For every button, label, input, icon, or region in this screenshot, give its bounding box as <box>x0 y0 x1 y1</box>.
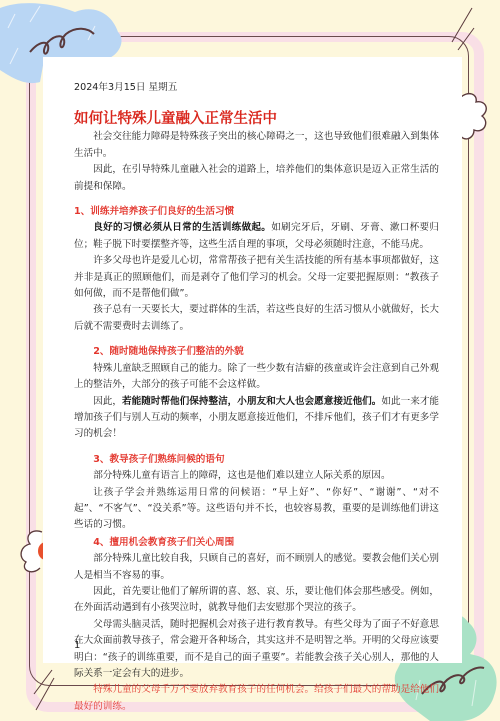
document-date: 2024年3月15日 星期五 <box>74 80 439 96</box>
section-heading: 4、擅用机会教育孩子们关心周围 <box>74 535 439 551</box>
intro-paragraph: 社会交往能力障碍是特殊孩子突出的核心障碍之一，这也导致他们很难融入到集体生活中。 <box>74 129 439 162</box>
page-number: 1 <box>74 640 80 651</box>
section-paragraph: 良好的习惯必须从日常的生活训练做起。如刷完牙后，牙刷、牙膏、漱口杯要归位；鞋子脱… <box>74 220 439 253</box>
section-paragraph: 特殊儿童缺乏照顾自己的能力。除了一些少数有洁癖的孩童或许会注意到自己外观上的整洁… <box>74 361 439 394</box>
tick-marks-top-right <box>448 6 478 52</box>
document-title: 如何让特殊儿童融入正常生活中 <box>74 109 439 129</box>
section-paragraph: 部分特殊儿童有语言上的障碍，这也是他们难以建立人际关系的原因。 <box>74 468 439 484</box>
section-heading: 1、训练并培养孩子们良好的生活习惯 <box>74 204 439 220</box>
section-paragraph: 因此，若能随时帮他们保持整洁，小朋友和大人也会愿意接近他们。如此一来才能增加孩子… <box>74 394 439 443</box>
section-paragraph: 因此，首先要让他们了解所谓的喜、怒、哀、乐，要让他们体会那些感受。例如，在外面活… <box>74 584 439 617</box>
closing-paragraph: 特殊儿童的父母千万不要放弃教育孩子的任何机会。给孩子们最大的帮助是给他们最好的训… <box>74 682 439 715</box>
intro-paragraph: 因此，在引导特殊儿童融入社会的道路上，培养他们的集体意识是迈入正常生活的前提和保… <box>74 162 439 195</box>
document-body: 2024年3月15日 星期五 如何让特殊儿童融入正常生活中 社会交往能力障碍是特… <box>74 80 439 715</box>
section-heading: 3、教导孩子们熟练问候的语句 <box>74 452 439 468</box>
section-paragraph: 父母需头脑灵活，随时把握机会对孩子进行教育教导。有些父母为了面子不好意思在大众面… <box>74 617 439 683</box>
tick-marks-bottom-left <box>32 668 60 712</box>
section-paragraph: 部分特殊儿童比较自我，只顾自己的喜好，而不顾别人的感觉。要教会他们关心别人是相当… <box>74 551 439 584</box>
section-paragraph: 孩子总有一天要长大，要过群体的生活，若这些良好的生活习惯从小就做好，长大后就不需… <box>74 302 439 335</box>
bold-text: 若能随时帮他们保持整洁，小朋友和大人也会愿意接近他们。 <box>122 396 381 407</box>
section-paragraph: 许多父母也许是爱儿心切，常常帮孩子把有关生活技能的所有基本事项都做好，这并非是真… <box>74 253 439 302</box>
section-heading: 2、随时随地保持孩子们整洁的外貌 <box>74 344 439 360</box>
section-paragraph: 让孩子学会并熟练运用日常的问候语：“早上好”、“你好”、“谢谢”、“对不起”、“… <box>74 485 439 534</box>
paragraph-prefix: 因此， <box>93 396 122 407</box>
bold-text: 良好的习惯必须从日常的生活训练做起。 <box>93 222 271 233</box>
